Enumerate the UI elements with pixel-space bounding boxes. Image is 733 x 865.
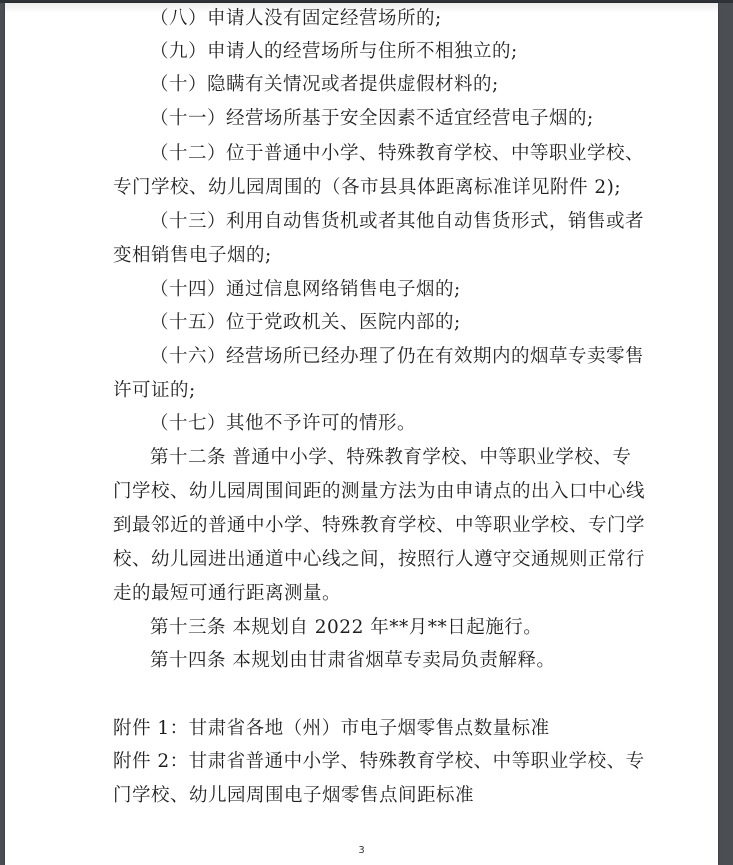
text-line: 许可证的; — [113, 378, 196, 404]
text-line: 专门学校、幼儿园周围的（各市县具体距离标准详见附件 2); — [113, 175, 621, 201]
text-line: 校、幼儿园进出通道中心线之间，按照行人遵守交通规则正常行 — [113, 547, 619, 573]
text-line: 第十四条 本规划由甘肃省烟草专卖局负责解释。 — [150, 648, 555, 674]
text-line: （八）申请人没有固定经营场所的; — [150, 6, 442, 32]
text-line: （十七）其他不予许可的情形。 — [150, 411, 416, 437]
text-line: （十五）位于党政机关、医院内部的; — [150, 310, 461, 336]
text-line: 第十二条 普通中小学、特殊教育学校、中等职业学校、专 — [150, 445, 619, 471]
text-line: 走的最短可通行距离测量。 — [113, 581, 341, 607]
page-number: 3 — [5, 845, 718, 856]
text-line: 第十三条 本规划自 2022 年**月**日起施行。 — [150, 615, 542, 641]
text-line: （九）申请人的经营场所与住所不相独立的; — [150, 39, 518, 65]
text-line: （十三）利用自动售货机或者其他自动售货形式，销售或者 — [150, 209, 619, 235]
text-line: 门学校、幼儿园周围间距的测量方法为由申请点的出入口中心线 — [113, 479, 619, 505]
text-line: （十二）位于普通中小学、特殊教育学校、中等职业学校、 — [150, 141, 619, 167]
document-page: （八）申请人没有固定经营场所的;（九）申请人的经营场所与住所不相独立的;（十）隐… — [5, 3, 718, 865]
text-line: （十）隐瞒有关情况或者提供虚假材料的; — [150, 72, 499, 98]
text-line: 附件 1：甘肃省各地（州）市电子烟零售点数量标准 — [113, 716, 550, 742]
document-viewer: （八）申请人没有固定经营场所的;（九）申请人的经营场所与住所不相独立的;（十）隐… — [0, 0, 733, 865]
text-line: （十六）经营场所已经办理了仍在有效期内的烟草专卖零售 — [150, 344, 619, 370]
text-line: （十四）通过信息网络销售电子烟的; — [150, 277, 461, 303]
text-line: 附件 2：甘肃省普通中小学、特殊教育学校、中等职业学校、专 — [113, 749, 619, 775]
text-line: 到最邻近的普通中小学、特殊教育学校、中等职业学校、专门学 — [113, 513, 619, 539]
text-line: （十一）经营场所基于安全因素不适宜经营电子烟的; — [150, 106, 594, 132]
text-line: 门学校、幼儿园周围电子烟零售点间距标准 — [113, 783, 474, 809]
text-line: 变相销售电子烟的; — [113, 243, 272, 269]
